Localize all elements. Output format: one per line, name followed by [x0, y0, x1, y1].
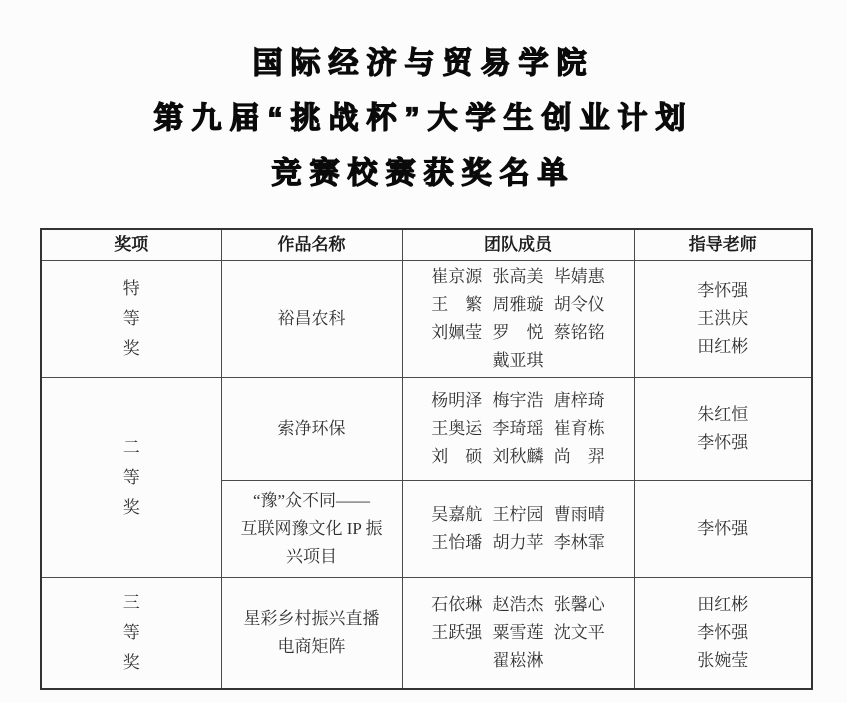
header-members: 团队成员	[402, 229, 634, 261]
title-line-3: 竞赛校赛获奖名单	[0, 146, 847, 201]
award-label: 三等奖	[121, 588, 141, 678]
header-award: 奖项	[41, 229, 221, 261]
header-work: 作品名称	[221, 229, 402, 261]
members-line: 王奥运 李琦瑶 崔育栋	[409, 415, 628, 443]
advisor-name: 李怀强	[641, 515, 806, 543]
award-cell: 特等奖	[41, 261, 221, 378]
document-page: 国际经济与贸易学院 第九届“挑战杯”大学生创业计划 竞赛校赛获奖名单 奖项 作品…	[0, 0, 847, 703]
award-cell: 三等奖	[41, 578, 221, 689]
members-line: 翟崧淋	[409, 647, 628, 675]
members-line: 崔京源 张高美 毕婧惠	[409, 263, 628, 291]
advisor-name: 田红彬	[641, 591, 806, 619]
advisors-cell: 李怀强 王洪庆 田红彬	[634, 261, 812, 378]
advisor-name: 李怀强	[641, 277, 806, 305]
members-cell: 崔京源 张高美 毕婧惠 王 繁 周雅璇 胡令仪 刘姵莹 罗 悦 蔡铭铭 戴亚琪	[402, 261, 634, 378]
header-advisors: 指导老师	[634, 229, 812, 261]
work-name: 星彩乡村振兴直播	[228, 605, 396, 633]
award-label: 二等奖	[121, 433, 141, 523]
advisor-name: 李怀强	[641, 429, 806, 457]
members-line: 吴嘉航 王柠园 曹雨晴	[409, 501, 628, 529]
award-cell: 二等奖	[41, 378, 221, 578]
work-cell: 星彩乡村振兴直播 电商矩阵	[221, 578, 402, 689]
work-cell: 裕昌农科	[221, 261, 402, 378]
work-name: “豫”众不同——	[228, 487, 396, 515]
advisors-cell: 朱红恒 李怀强	[634, 378, 812, 481]
advisors-cell: 田红彬 李怀强 张婉莹	[634, 578, 812, 689]
members-cell: 吴嘉航 王柠园 曹雨晴 王怡璠 胡力苹 李林霏	[402, 481, 634, 578]
advisor-name: 王洪庆	[641, 305, 806, 333]
members-line: 杨明泽 梅宇浩 唐梓琦	[409, 387, 628, 415]
work-cell: 索净环保	[221, 378, 402, 481]
title-line-2: 第九届“挑战杯”大学生创业计划	[0, 91, 847, 146]
members-line: 刘姵莹 罗 悦 蔡铭铭	[409, 319, 628, 347]
members-cell: 石依琳 赵浩杰 张馨心 王跃强 粟雪莲 沈文平 翟崧淋	[402, 578, 634, 689]
advisor-name: 张婉莹	[641, 647, 806, 675]
work-cell: “豫”众不同—— 互联网豫文化 IP 振 兴项目	[221, 481, 402, 578]
members-line: 石依琳 赵浩杰 张馨心	[409, 591, 628, 619]
members-line: 王怡璠 胡力苹 李林霏	[409, 529, 628, 557]
table-row: 二等奖 索净环保 杨明泽 梅宇浩 唐梓琦 王奥运 李琦瑶 崔育栋 刘 硕 刘秋麟…	[41, 378, 812, 481]
members-line: 王 繁 周雅璇 胡令仪	[409, 291, 628, 319]
advisors-cell: 李怀强	[634, 481, 812, 578]
advisor-name: 李怀强	[641, 619, 806, 647]
advisor-name: 朱红恒	[641, 401, 806, 429]
members-line: 戴亚琪	[409, 347, 628, 375]
award-label: 特等奖	[121, 274, 141, 364]
advisor-name: 田红彬	[641, 333, 806, 361]
members-line: 王跃强 粟雪莲 沈文平	[409, 619, 628, 647]
members-line: 刘 硕 刘秋麟 尚 羿	[409, 443, 628, 471]
title-line-1: 国际经济与贸易学院	[0, 36, 847, 91]
work-name: 互联网豫文化 IP 振	[228, 515, 396, 543]
members-cell: 杨明泽 梅宇浩 唐梓琦 王奥运 李琦瑶 崔育栋 刘 硕 刘秋麟 尚 羿	[402, 378, 634, 481]
award-table: 奖项 作品名称 团队成员 指导老师 特等奖 裕昌农科 崔京源 张高美 毕婧惠 王…	[40, 228, 813, 690]
work-name: 裕昌农科	[228, 305, 396, 333]
table-row: 特等奖 裕昌农科 崔京源 张高美 毕婧惠 王 繁 周雅璇 胡令仪 刘姵莹 罗 悦…	[41, 261, 812, 378]
document-title: 国际经济与贸易学院 第九届“挑战杯”大学生创业计划 竞赛校赛获奖名单	[0, 36, 847, 201]
table-row: 三等奖 星彩乡村振兴直播 电商矩阵 石依琳 赵浩杰 张馨心 王跃强 粟雪莲 沈文…	[41, 578, 812, 689]
table-header-row: 奖项 作品名称 团队成员 指导老师	[41, 229, 812, 261]
work-name: 索净环保	[228, 415, 396, 443]
work-name: 电商矩阵	[228, 633, 396, 661]
work-name: 兴项目	[228, 543, 396, 571]
